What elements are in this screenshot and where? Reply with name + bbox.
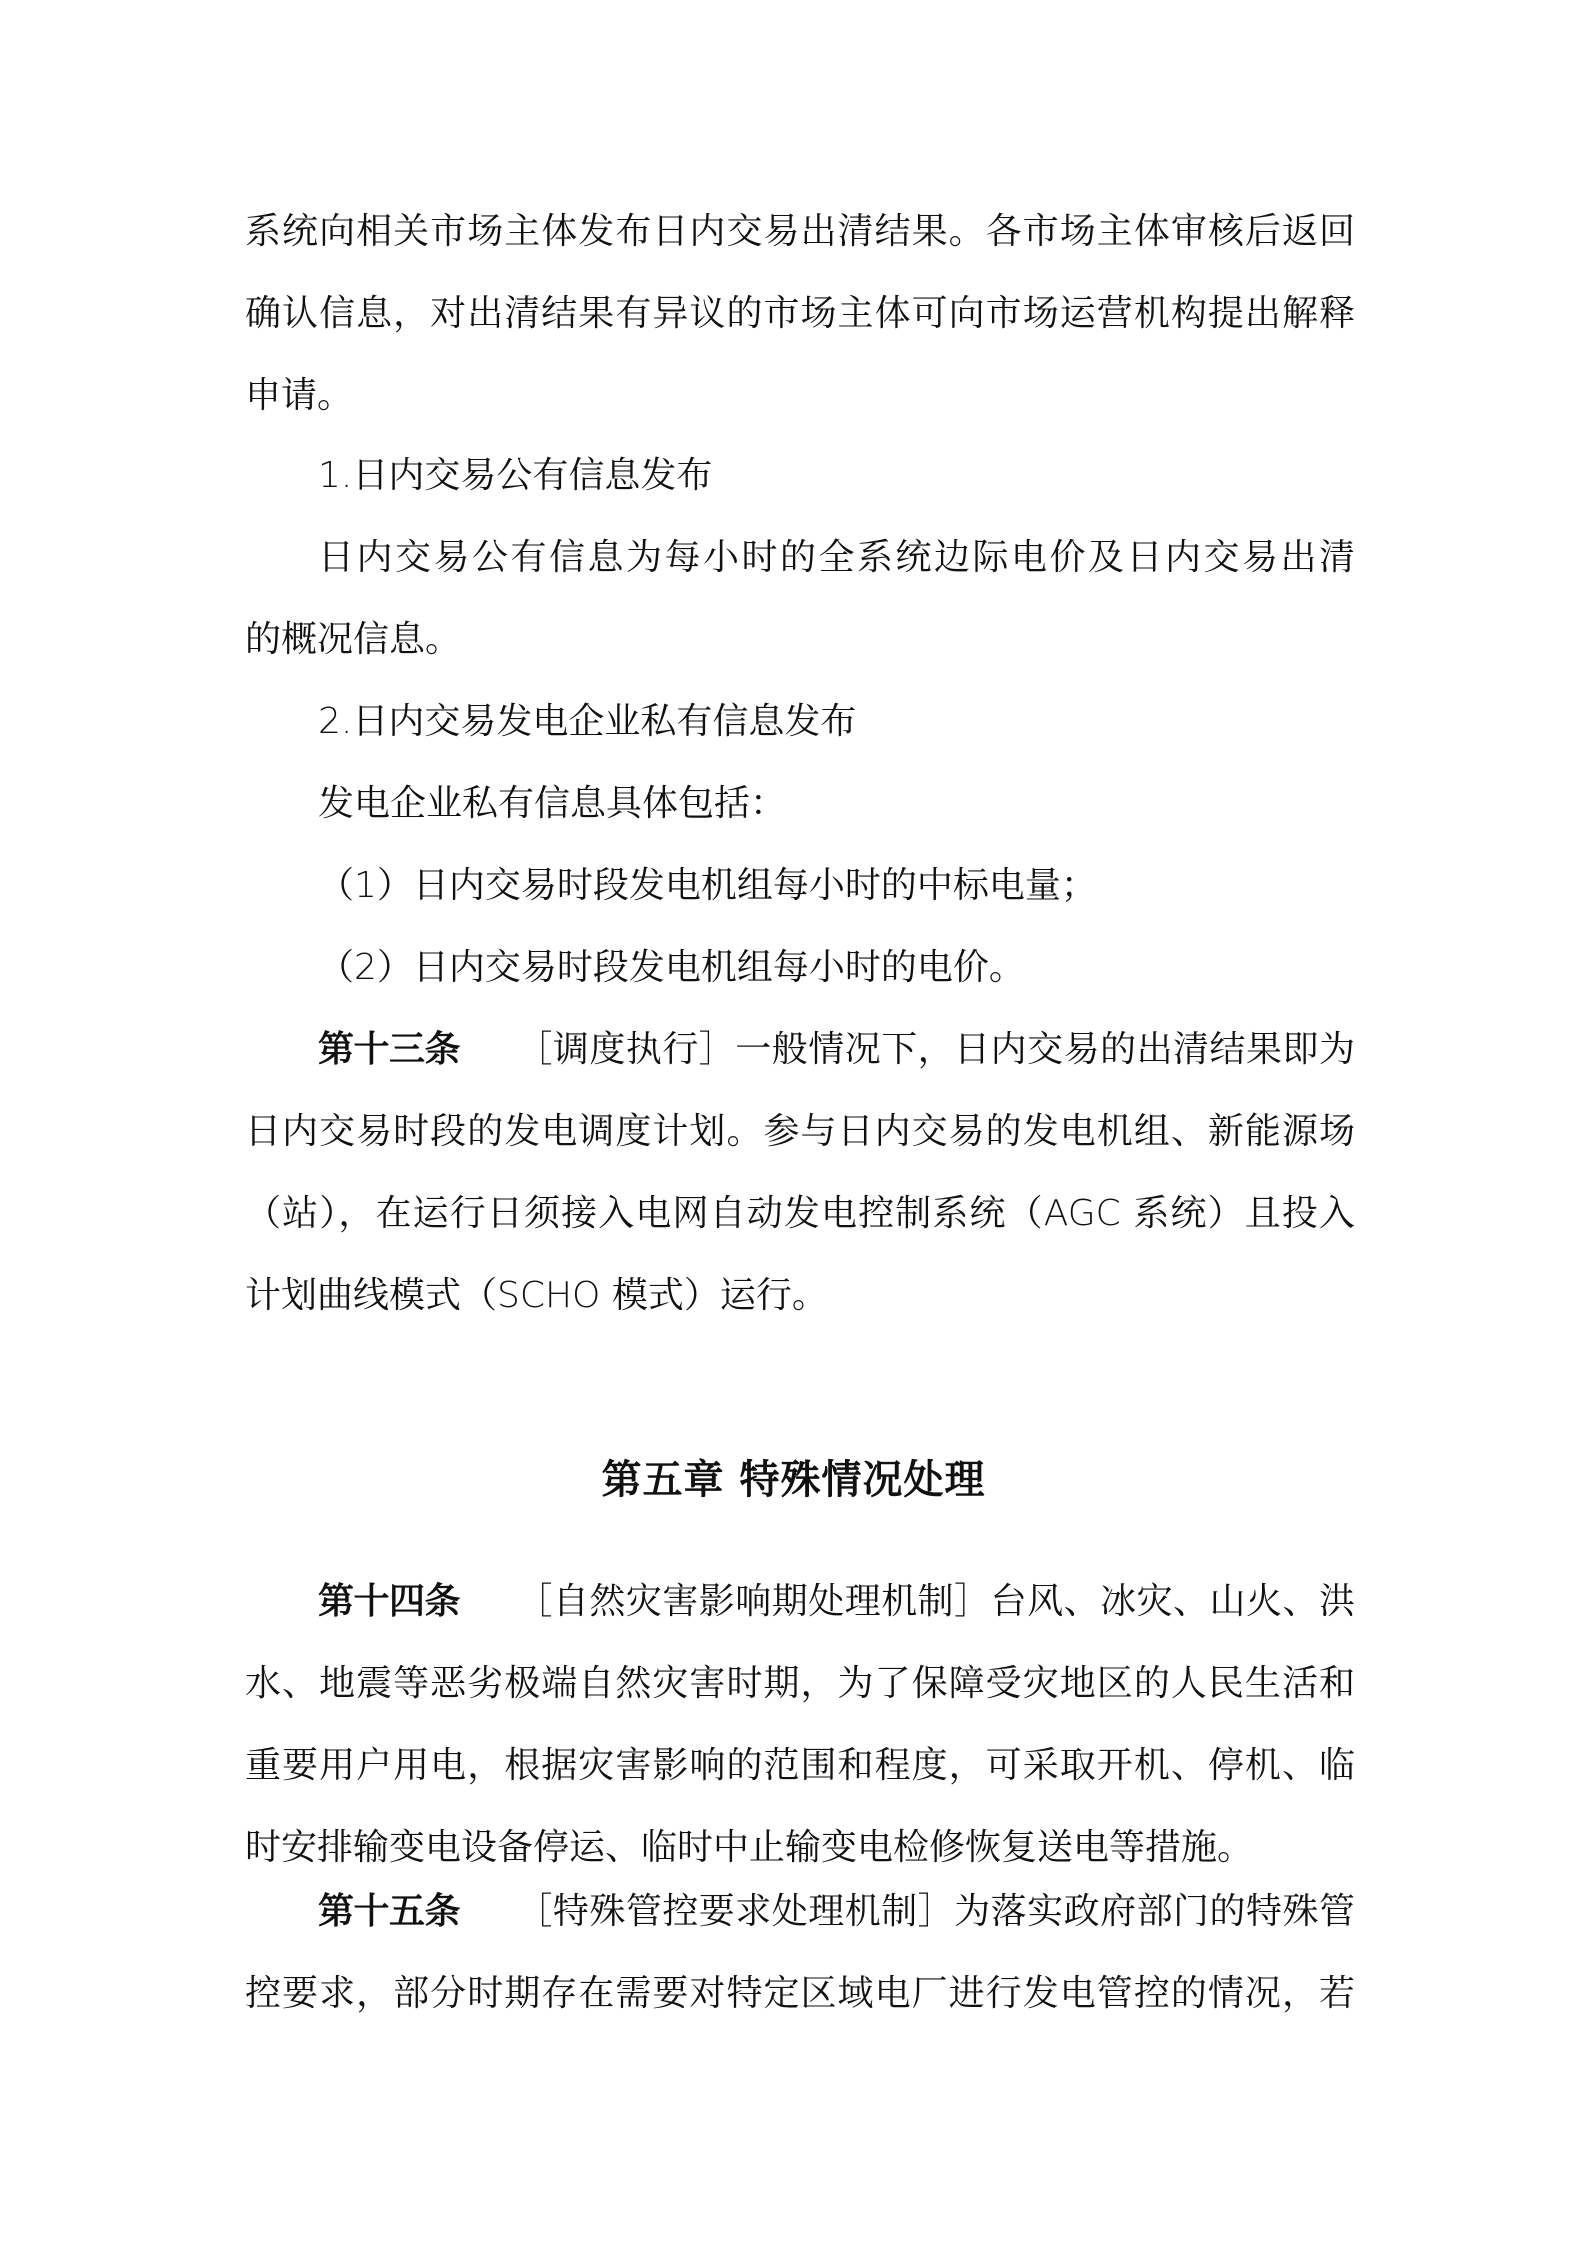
article14-first-line: 第十四条［自然灾害影响期处理机制］台风、冰灾、山火、洪 <box>318 1580 1355 1624</box>
paragraph-line: 的概况信息。 <box>245 618 1355 662</box>
paragraph-line: 申请。 <box>245 374 1355 418</box>
item2-intro: 发电企业私有信息具体包括： <box>318 782 1355 826</box>
article13-text: ［调度执行］一般情况下，日内交易的出清结果即为 <box>516 1029 1355 1070</box>
article14-label: 第十四条 <box>318 1581 460 1622</box>
paragraph-line: 重要用户用电，根据灾害影响的范围和程度，可采取开机、停机、临 <box>245 1744 1355 1788</box>
chapter-title: 第五章 特殊情况处理 <box>0 1455 1587 1505</box>
item2-heading: 2.日内交易发电企业私有信息发布 <box>318 700 1355 744</box>
article13-first-line: 第十三条［调度执行］一般情况下，日内交易的出清结果即为 <box>318 1028 1355 1072</box>
paragraph-line: （站），在运行日须接入电网自动发电控制系统（AGC 系统）且投入 <box>245 1192 1355 1236</box>
paragraph-line: 日内交易公有信息为每小时的全系统边际电价及日内交易出清 <box>318 536 1355 580</box>
article15-text: ［特殊管控要求处理机制］为落实政府部门的特殊管 <box>516 1891 1355 1932</box>
paragraph-line: 时安排输变电设备停运、临时中止输变电检修恢复送电等措施。 <box>245 1826 1355 1870</box>
paragraph-line: 控要求，部分时期存在需要对特定区域电厂进行发电管控的情况，若 <box>245 1972 1355 2016</box>
subitem-2: （2）日内交易时段发电机组每小时的电价。 <box>318 946 1355 990</box>
article15-first-line: 第十五条［特殊管控要求处理机制］为落实政府部门的特殊管 <box>318 1890 1355 1934</box>
article13-label: 第十三条 <box>318 1029 460 1070</box>
paragraph-line: 系统向相关市场主体发布日内交易出清结果。各市场主体审核后返回 <box>245 210 1355 254</box>
subitem-1: （1）日内交易时段发电机组每小时的中标电量； <box>318 864 1355 908</box>
article15-label: 第十五条 <box>318 1891 460 1932</box>
paragraph-line: 确认信息，对出清结果有异议的市场主体可向市场运营机构提出解释 <box>245 292 1355 336</box>
item1-heading: 1.日内交易公有信息发布 <box>318 454 1355 498</box>
paragraph-line: 日内交易时段的发电调度计划。参与日内交易的发电机组、新能源场 <box>245 1110 1355 1154</box>
paragraph-line: 计划曲线模式（SCHO 模式）运行。 <box>245 1274 1355 1318</box>
article14-text: ［自然灾害影响期处理机制］台风、冰灾、山火、洪 <box>516 1581 1355 1622</box>
paragraph-line: 水、地震等恶劣极端自然灾害时期，为了保障受灾地区的人民生活和 <box>245 1662 1355 1706</box>
document-page: 系统向相关市场主体发布日内交易出清结果。各市场主体审核后返回 确认信息，对出清结… <box>0 0 1587 2245</box>
